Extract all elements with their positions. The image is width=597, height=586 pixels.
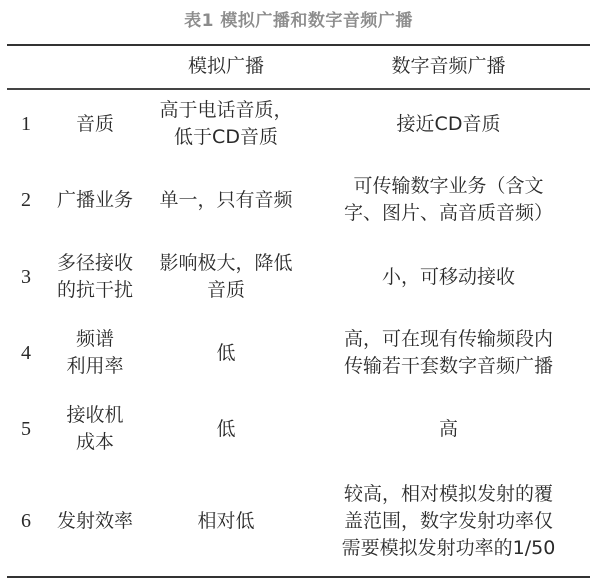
digital-cell: 可传输数字业务（含文字、图片、高音质音频） [307,161,590,239]
analog-cell: 低 [145,391,307,467]
item-cell: 接收机成本 [45,391,145,467]
item-cell-line: 的抗干扰 [45,277,145,304]
item-cell-line: 多径接收 [45,250,145,277]
table-row: 6发射效率相对低较高，相对模拟发射的覆盖范围，数字发射功率仅需要模拟发射功率的1… [7,467,590,575]
table-row: 5接收机成本低高 [7,391,590,467]
item-cell: 广播业务 [45,161,145,239]
digital-cell: 小，可移动接收 [307,239,590,315]
digital-cell-line: 需要模拟发射功率的1/50 [307,535,590,562]
digital-cell: 高 [307,391,590,467]
analog-cell-line: 单一，只有音频 [145,187,307,214]
item-cell: 多径接收的抗干扰 [45,239,145,315]
header-num [7,46,45,87]
row-number: 5 [7,391,45,467]
digital-cell-line: 字、图片、高音质音频） [307,200,590,227]
item-cell-line: 发射效率 [45,508,145,535]
item-cell-line: 频谱 [45,326,145,353]
analog-cell-line: 低 [145,416,307,443]
table-row: 1音质高于电话音质，低于CD音质接近CD音质 [7,87,590,161]
digital-cell-line: 高 [307,416,590,443]
item-cell-line: 利用率 [45,353,145,380]
digital-cell-line: 较高，相对模拟发射的覆 [307,481,590,508]
row-number: 2 [7,161,45,239]
digital-cell: 较高，相对模拟发射的覆盖范围，数字发射功率仅需要模拟发射功率的1/50 [307,467,590,575]
digital-cell-line: 可传输数字业务（含文 [307,173,590,200]
digital-cell-line: 接近CD音质 [307,111,590,138]
item-cell: 发射效率 [45,467,145,575]
item-cell-line: 成本 [45,429,145,456]
header-digital: 数字音频广播 [307,46,590,87]
analog-cell: 单一，只有音频 [145,161,307,239]
row-number: 4 [7,315,45,391]
header-analog: 模拟广播 [145,46,307,87]
analog-cell: 高于电话音质，低于CD音质 [145,87,307,161]
analog-cell: 低 [145,315,307,391]
table-title: 表1 模拟广播和数字音频广播 [0,6,597,31]
item-cell: 频谱利用率 [45,315,145,391]
digital-cell-line: 传输若干套数字音频广播 [307,353,590,380]
analog-cell-line: 高于电话音质， [145,97,307,124]
analog-cell-line: 影响极大，降低 [145,250,307,277]
digital-cell-line: 盖范围，数字发射功率仅 [307,508,590,535]
analog-cell: 影响极大，降低音质 [145,239,307,315]
row-number: 3 [7,239,45,315]
row-number: 1 [7,87,45,161]
analog-cell-line: 相对低 [145,508,307,535]
digital-cell: 高，可在现有传输频段内传输若干套数字音频广播 [307,315,590,391]
item-cell: 音质 [45,87,145,161]
digital-cell-line: 高，可在现有传输频段内 [307,326,590,353]
header-row: 模拟广播 数字音频广播 [7,46,590,87]
header-item [45,46,145,87]
table-row: 4频谱利用率低高，可在现有传输频段内传输若干套数字音频广播 [7,315,590,391]
item-cell-line: 广播业务 [45,187,145,214]
digital-cell: 接近CD音质 [307,87,590,161]
item-cell-line: 接收机 [45,402,145,429]
analog-cell: 相对低 [145,467,307,575]
analog-cell-line: 音质 [145,277,307,304]
row-number: 6 [7,467,45,575]
comparison-table: 模拟广播 数字音频广播 1音质高于电话音质，低于CD音质接近CD音质2广播业务单… [7,46,590,575]
item-cell-line: 音质 [45,111,145,138]
digital-cell-line: 小，可移动接收 [307,264,590,291]
bottom-rule [7,576,590,578]
analog-cell-line: 低 [145,340,307,367]
analog-cell-line: 低于CD音质 [145,124,307,151]
table-row: 2广播业务单一，只有音频可传输数字业务（含文字、图片、高音质音频） [7,161,590,239]
table-row: 3多径接收的抗干扰影响极大，降低音质小，可移动接收 [7,239,590,315]
